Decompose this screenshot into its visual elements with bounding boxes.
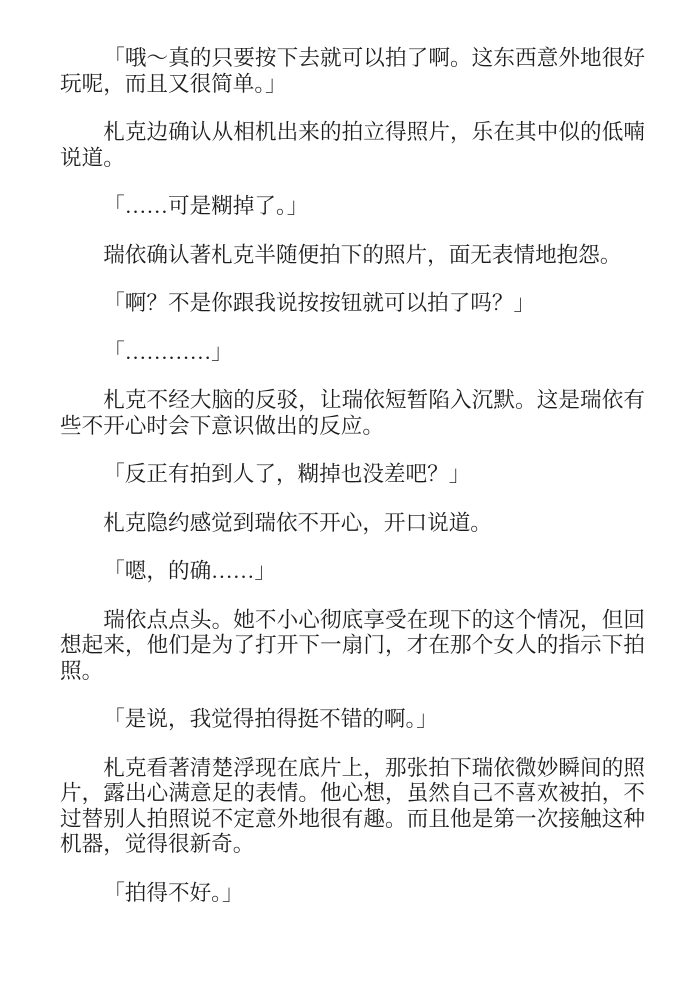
paragraph-narration: 札克隐约感觉到瑞依不开心，开口说道。 <box>60 511 645 537</box>
novel-page: 「哦～真的只要按下去就可以拍了啊。这东西意外地很好玩呢，而且又很简单。」札克边确… <box>0 0 700 992</box>
paragraph-narration: 瑞依确认著札克半随便拍下的照片，面无表情地抱怨。 <box>60 243 645 269</box>
paragraph-dialogue: 「反正有拍到人了，糊掉也没差吧？」 <box>60 462 645 488</box>
page-text: 「哦～真的只要按下去就可以拍了啊。这东西意外地很好玩呢，而且又很简单。」札克边确… <box>60 46 645 929</box>
paragraph-narration: 札克边确认从相机出来的拍立得照片，乐在其中似的低喃说道。 <box>60 120 645 171</box>
paragraph-dialogue: 「哦～真的只要按下去就可以拍了啊。这东西意外地很好玩呢，而且又很简单。」 <box>60 46 645 97</box>
paragraph-dialogue: 「嗯，的确……」 <box>60 559 645 585</box>
paragraph-dialogue: 「是说，我觉得拍得挺不错的啊。」 <box>60 707 645 733</box>
paragraph-narration: 札克看著清楚浮现在底片上，那张拍下瑞依微妙瞬间的照片，露出心满意足的表情。他心想… <box>60 756 645 858</box>
paragraph-dialogue: 「…………」 <box>60 340 645 366</box>
paragraph-narration: 瑞依点点头。她不小心彻底享受在现下的这个情况，但回想起来，他们是为了打开下一扇门… <box>60 608 645 685</box>
paragraph-dialogue: 「拍得不好。」 <box>60 881 645 907</box>
paragraph-dialogue: 「啊？不是你跟我说按按钮就可以拍了吗？」 <box>60 291 645 317</box>
paragraph-narration: 札克不经大脑的反驳，让瑞依短暂陷入沉默。这是瑞依有些不开心时会下意识做出的反应。 <box>60 388 645 439</box>
paragraph-dialogue: 「……可是糊掉了。」 <box>60 194 645 220</box>
